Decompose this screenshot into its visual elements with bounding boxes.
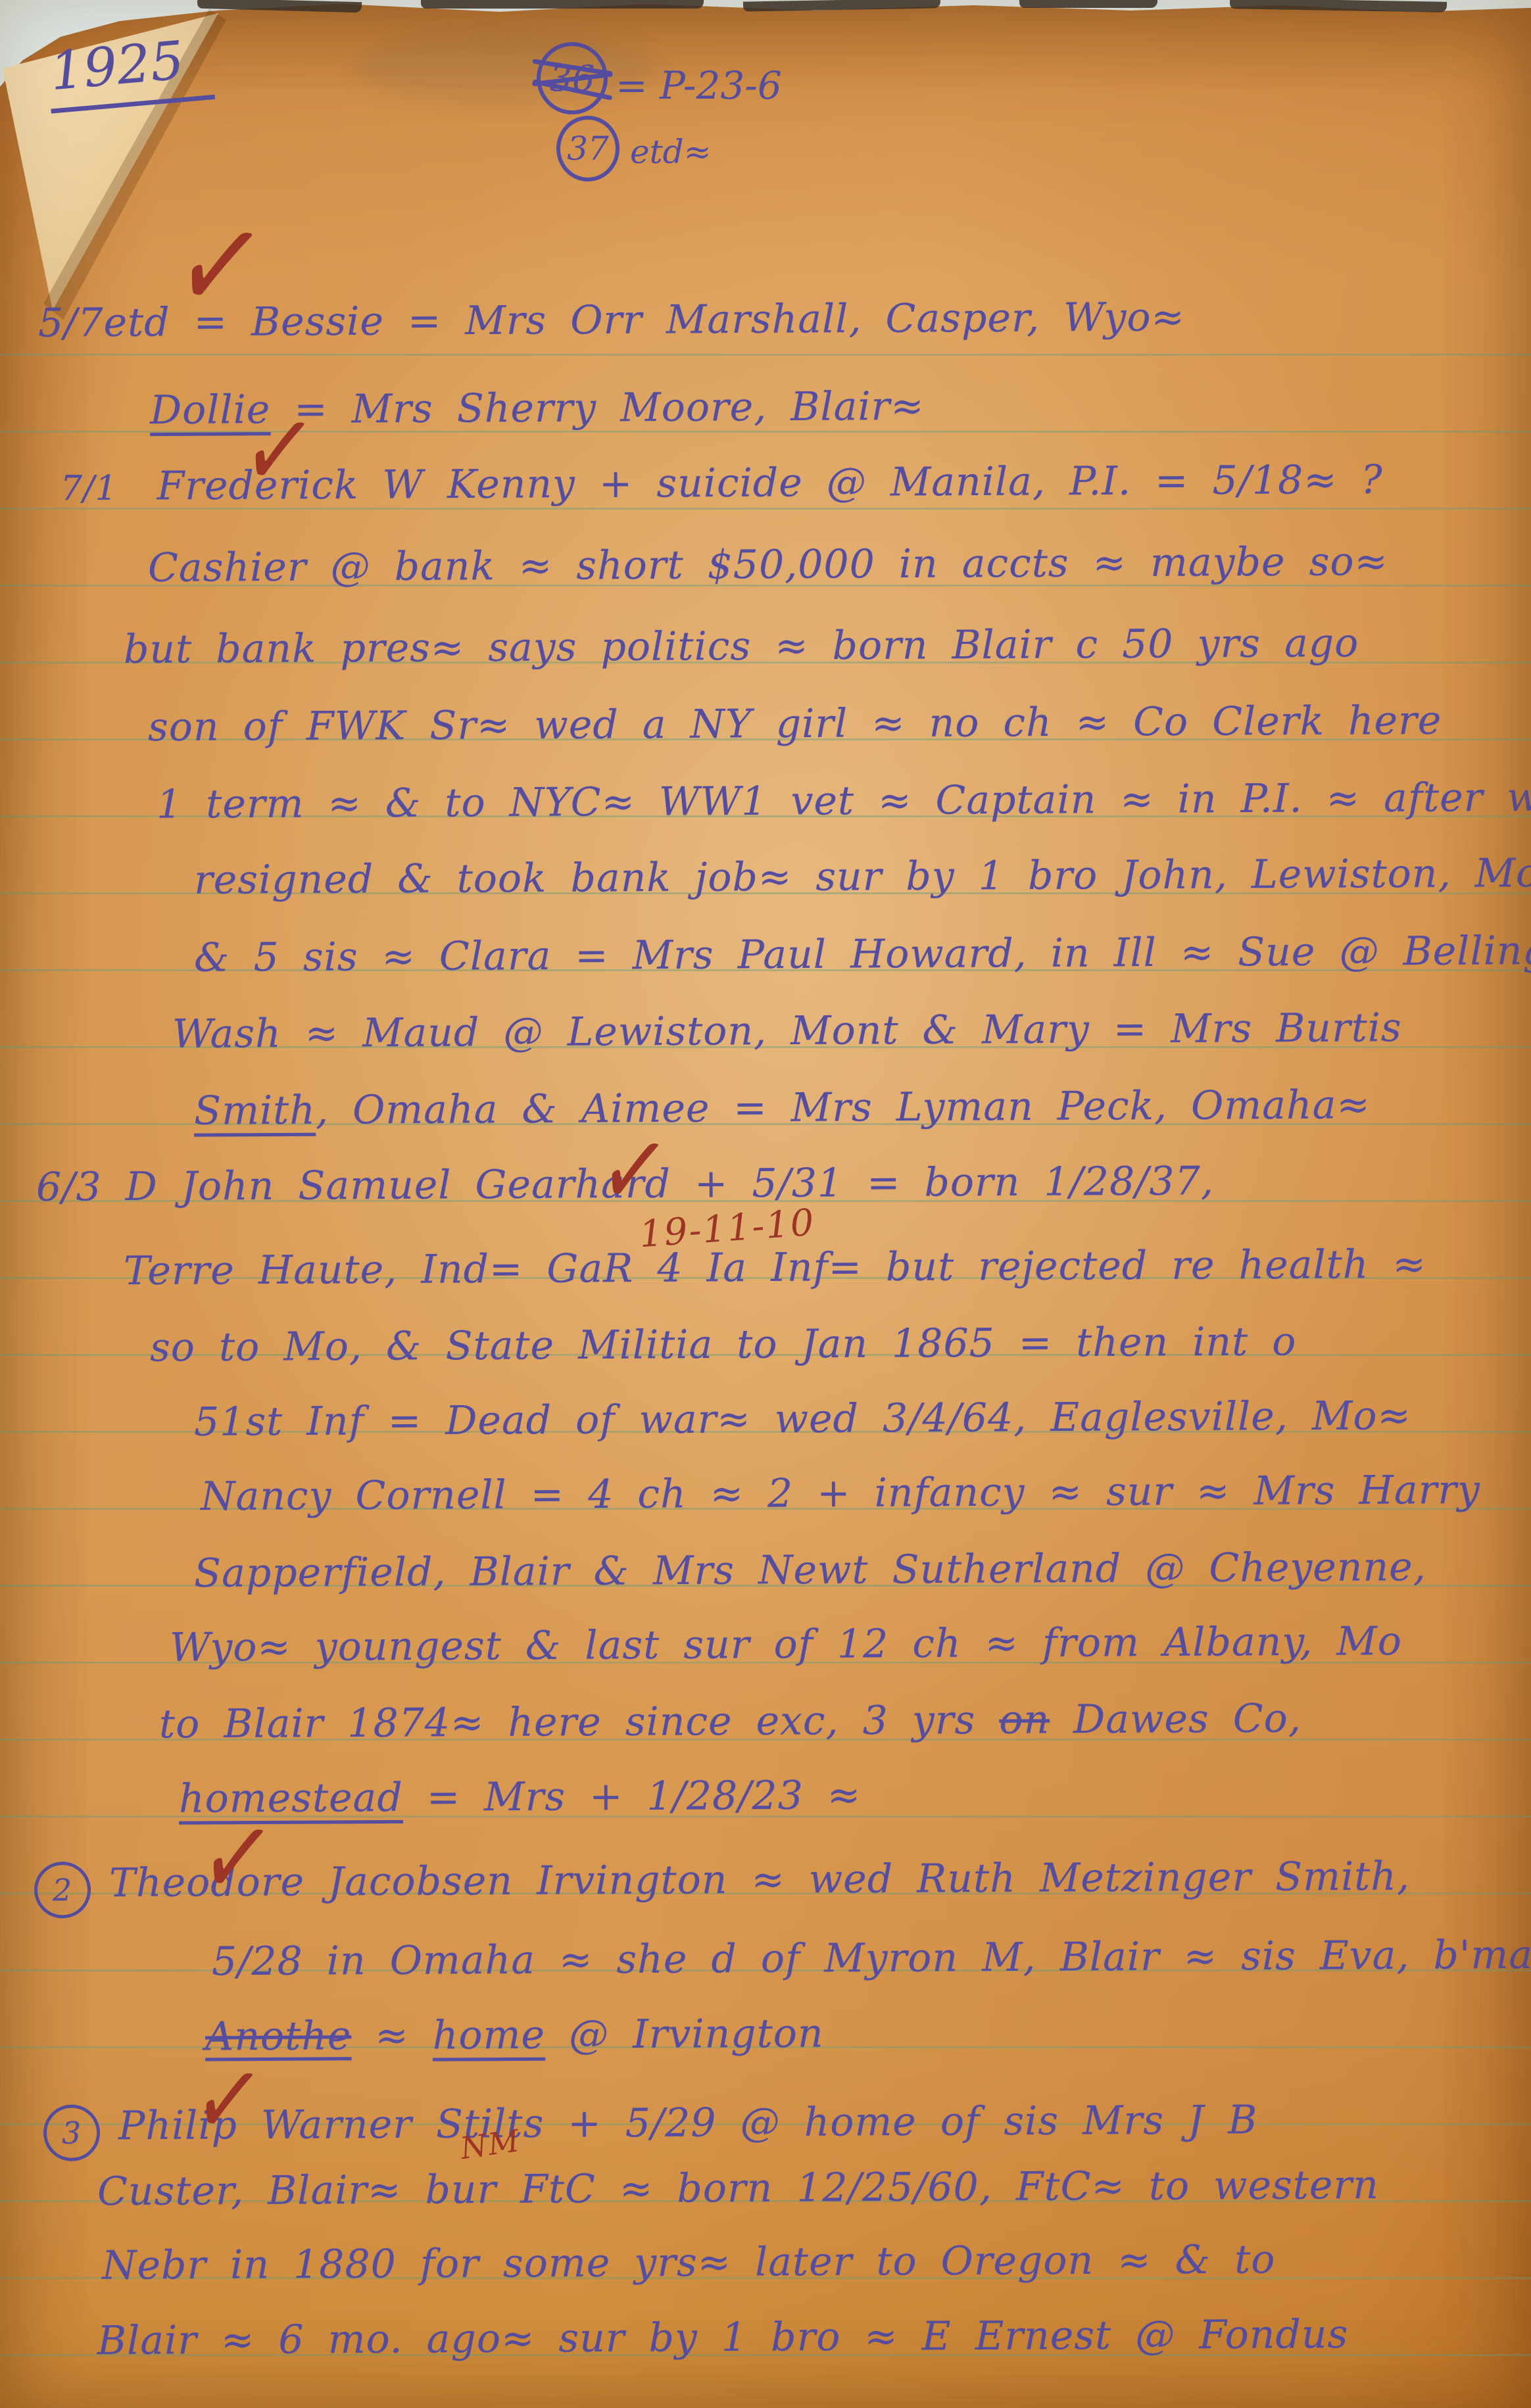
handwriting-segment: but bank pres≈ says politics ≈ born Blai…: [124, 620, 1359, 673]
handwriting-segment: home: [433, 2012, 546, 2059]
handwriting-segment: 5/28 in Omaha ≈ she d of Myron M, Blair …: [212, 1932, 1531, 1985]
handwriting-segment: 1 term ≈ & to NYC≈ WW1 vet ≈ Captain ≈ i…: [157, 774, 1531, 827]
handwriting-segment: resigned & took bank job≈ sur by 1 bro J…: [194, 850, 1531, 903]
torn-paper-fragment: [1019, 0, 1157, 8]
handwriting-segment: Wash ≈ Maud @ Lewiston, Mont & Mary = Mr…: [172, 1005, 1402, 1057]
handwritten-line: Terre Haute, Ind= GaR 4 Ia Inf= but reje…: [124, 1241, 1426, 1294]
crossed-out-page-number: 36: [537, 42, 608, 114]
handwriting-segment: Terre Haute, Ind= GaR 4 Ia Inf= but reje…: [124, 1241, 1426, 1294]
handwriting-segment: so to Mo, & State Militia to Jan 1865 = …: [150, 1318, 1297, 1370]
handwritten-line: Wash ≈ Maud @ Lewiston, Mont & Mary = Mr…: [172, 1005, 1402, 1057]
handwritten-line: Anothe ≈ home @ Irvington: [205, 2011, 824, 2060]
scanned-notebook-page: 1925 36 = P-23-6 37 etd≈ 5/7etd = Bessie…: [0, 0, 1531, 2408]
handwriting-segment: = Mrs Sherry Moore, Blair≈: [270, 383, 925, 433]
circled-number-text: 37: [567, 130, 609, 168]
handwritten-line: but bank pres≈ says politics ≈ born Blai…: [124, 620, 1359, 673]
handwritten-line: Sapperfield, Blair & Mrs Newt Sutherland…: [194, 1544, 1426, 1597]
handwritten-line: to Blair 1874≈ here since exc, 3 yrs on …: [159, 1695, 1301, 1747]
handwriting-segment: on: [999, 1697, 1050, 1743]
handwriting-segment: Wyo≈ youngest & last sur of 12 ch ≈ from…: [170, 1618, 1402, 1671]
handwriting-segment: 7/1: [61, 469, 118, 508]
handwriting-segment: Smith: [194, 1088, 316, 1134]
handwriting-segment: Dawes Co,: [1050, 1695, 1301, 1743]
handwritten-line: resigned & took bank job≈ sur by 1 bro J…: [194, 850, 1531, 903]
handwritten-line: Nebr in 1880 for some yrs≈ later to Oreg…: [102, 2236, 1276, 2288]
handwriting-segment: to Blair 1874≈ here since exc, 3 yrs: [159, 1697, 1000, 1748]
handwritten-line: 5/28 in Omaha ≈ she d of Myron M, Blair …: [212, 1932, 1531, 1985]
ink-smudge: [355, 32, 658, 104]
year-text: 1925: [45, 27, 214, 113]
handwritten-line: Wyo≈ youngest & last sur of 12 ch ≈ from…: [170, 1618, 1402, 1671]
handwritten-line: so to Mo, & State Militia to Jan 1865 = …: [150, 1318, 1297, 1370]
handwriting-segment: Nancy Cornell = 4 ch ≈ 2 + infancy ≈ sur…: [201, 1467, 1480, 1520]
etd-note: etd≈: [630, 133, 712, 171]
handwritten-line: Nancy Cornell = 4 ch ≈ 2 + infancy ≈ sur…: [201, 1467, 1480, 1520]
handwritten-line: 1 term ≈ & to NYC≈ WW1 vet ≈ Captain ≈ i…: [157, 774, 1531, 827]
handwriting-segment: & 5 sis ≈ Clara = Mrs Paul Howard, in Il…: [194, 927, 1531, 980]
handwriting-segment: 51st Inf = Dead of war≈ wed 3/4/64, Eagl…: [194, 1393, 1411, 1445]
handwritten-line: 51st Inf = Dead of war≈ wed 3/4/64, Eagl…: [194, 1393, 1411, 1445]
handwriting-segment: Philip Warner Stilts + 5/29 @ home of si…: [118, 2097, 1258, 2149]
handwritten-line: homestead = Mrs + 1/28/23 ≈: [179, 1772, 862, 1821]
torn-paper-fragment: [421, 0, 704, 9]
handwritten-line: son of FWK Sr≈ wed a NY girl ≈ no ch ≈ C…: [148, 698, 1442, 750]
handwriting-segment: = Mrs + 1/28/23 ≈: [403, 1772, 862, 1821]
handwritten-line: Blair ≈ 6 mo. ago≈ sur by 1 bro ≈ E Erne…: [97, 2311, 1349, 2364]
handwriting-segment: Theodore Jacobsen Irvington ≈ wed Ruth M…: [109, 1854, 1410, 1906]
handwritten-line: Smith, Omaha & Aimee = Mrs Lyman Peck, O…: [194, 1082, 1371, 1134]
handwriting-segment: @ Irvington: [545, 2011, 824, 2058]
handwriting-segment: Cashier @ bank ≈ short $50,000 in accts …: [148, 539, 1388, 591]
handwriting-segment: Blair ≈ 6 mo. ago≈ sur by 1 bro ≈ E Erne…: [97, 2311, 1349, 2364]
handwriting-segment: , Omaha & Aimee = Mrs Lyman Peck, Omaha≈: [316, 1082, 1371, 1133]
handwritten-line: Custer, Blair≈ bur FtC ≈ born 12/25/60, …: [97, 2162, 1379, 2215]
handwriting-segment: Frederick W Kenny + suicide @ Manila, P.…: [157, 457, 1383, 510]
handwriting-segment: Custer, Blair≈ bur FtC ≈ born 12/25/60, …: [97, 2162, 1379, 2215]
handwritten-line: Cashier @ bank ≈ short $50,000 in accts …: [148, 539, 1388, 591]
page-code: = P-23-6: [616, 63, 782, 108]
handwriting-segment: son of FWK Sr≈ wed a NY girl ≈ no ch ≈ C…: [148, 698, 1442, 750]
handwriting-segment: Sapperfield, Blair & Mrs Newt Sutherland…: [194, 1544, 1426, 1597]
handwriting-segment: ≈: [351, 2013, 433, 2059]
handwritten-line: & 5 sis ≈ Clara = Mrs Paul Howard, in Il…: [194, 927, 1531, 980]
entry-number-circle: 3: [43, 2104, 100, 2161]
handwriting-segment: Nebr in 1880 for some yrs≈ later to Oreg…: [102, 2236, 1276, 2288]
circled-page-number: 37: [556, 116, 620, 181]
entry-number-circle: 2: [34, 1862, 91, 1918]
